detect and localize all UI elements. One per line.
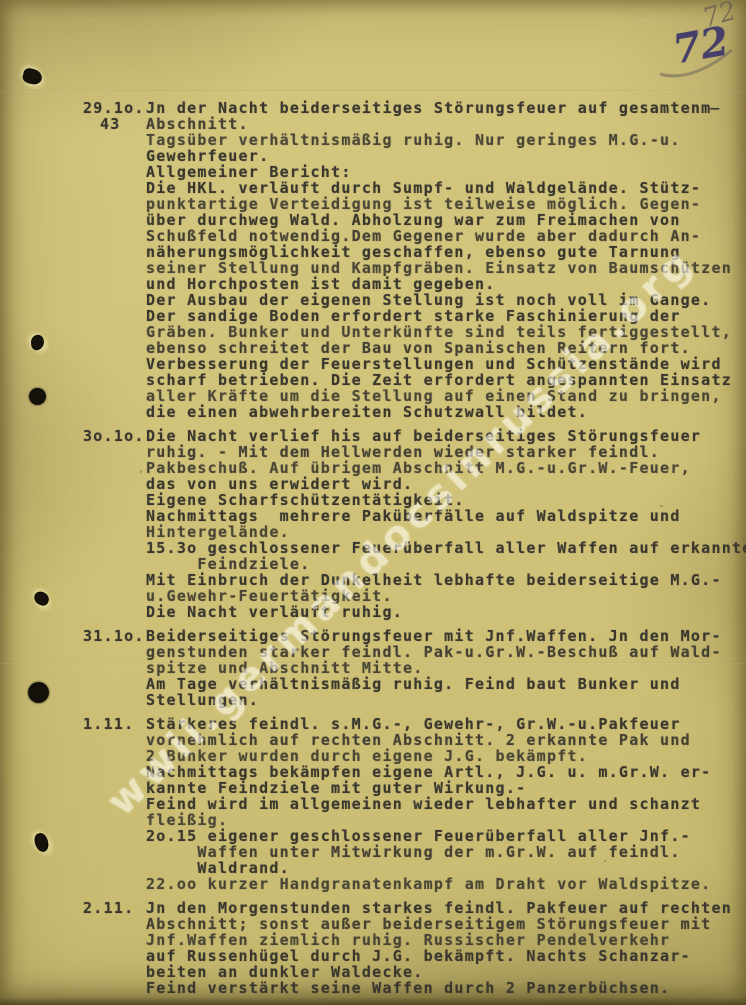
entry-date: 29.1o.: [83, 100, 146, 116]
entry-line: 22.oo kurzer Handgranatenkampf am Draht …: [146, 876, 740, 892]
document-page: 72 72 29.1o.43Jn der Nacht beiderseitige…: [0, 0, 746, 1005]
entry-year: 43: [83, 116, 146, 132]
entry-line: Schußfeld notwendig.Dem Gegener wurde ab…: [146, 228, 740, 244]
entry-line: 2 Bunker wurden durch eigene J.G. bekämp…: [146, 748, 740, 764]
entry-line: näherungsmöglichkeit geschaffen, ebenso …: [146, 244, 740, 260]
entry-line: Mit Einbruch der Dunkelheit lebhafte bei…: [146, 572, 740, 588]
entry-line: und Horchposten ist damit gegeben.: [146, 276, 740, 292]
entry-line: scharf betrieben. Die Zeit erfordert ang…: [146, 372, 740, 388]
paper-crease: [0, 90, 746, 92]
punch-hole-mark: [21, 67, 43, 86]
journal-entries: 29.1o.43Jn der Nacht beiderseitiges Stör…: [83, 100, 740, 1004]
entry-date-column: 3o.1o.: [83, 428, 146, 620]
entry-date: 31.1o.: [83, 628, 146, 644]
entry-line: auf Russenhügel durch J.G. bekämpft. Nac…: [146, 948, 740, 964]
entry-date-column: 29.1o.43: [83, 100, 146, 420]
entry-line: Abschnitt; sonst außer beiderseitigem St…: [146, 916, 740, 932]
entry-line: Waffen unter Mitwirkung der m.Gr.W. auf …: [146, 844, 740, 860]
punch-hole-mark: [32, 590, 51, 607]
entry-line: Der sandige Boden erfordert starke Fasch…: [146, 308, 740, 324]
entry-line: Feindziele.: [146, 556, 740, 572]
entry-line: Beiderseitiges Störungsfeuer mit Jnf.Waf…: [146, 628, 740, 644]
entry-line: Die Nacht verläuft ruhig.: [146, 604, 740, 620]
entry-lines: Beiderseitiges Störungsfeuer mit Jnf.Waf…: [146, 628, 740, 708]
ink-dot: [29, 388, 46, 405]
journal-entry: 3o.1o.Die Nacht verlief his auf beiderse…: [83, 428, 740, 620]
punch-hole-mark: [30, 334, 45, 351]
ink-dot: [28, 682, 49, 703]
entry-line: seiner Stellung und Kampfgräben. Einsatz…: [146, 260, 740, 276]
entry-date-column: 31.1o.: [83, 628, 146, 708]
page-bottom-shadow: [0, 997, 746, 1005]
entry-line: Nachmittags bekämpfen eigene Artl., J.G.…: [146, 764, 740, 780]
entry-line: Die HKL. verläuft durch Sumpf- und Waldg…: [146, 180, 740, 196]
entry-line: Die Nacht verlief his auf beiderseitiges…: [146, 428, 740, 444]
entry-lines: Jn der Nacht beiderseitiges Störungsfeue…: [146, 100, 740, 420]
entry-line: Verbesserung der Feuerstellungen und Sch…: [146, 356, 740, 372]
entry-line: aller Kräfte um die Stellung auf einen S…: [146, 388, 740, 404]
entry-lines: Stärkeres feindl. s.M.G.-, Gewehr-, Gr.W…: [146, 716, 740, 892]
entry-date: 1.11.: [83, 716, 146, 732]
entry-line: Gewehrfeuer.: [146, 148, 740, 164]
entry-line: fleißig.: [146, 812, 740, 828]
entry-line: Allgemeiner Bericht:: [146, 164, 740, 180]
entry-line: Stellungen.: [146, 692, 740, 708]
entry-line: 2o.15 eigener geschlossener Feuerüberfal…: [146, 828, 740, 844]
entry-line: Tagsüber verhältnismäßig ruhig. Nur geri…: [146, 132, 740, 148]
entry-line: u.Gewehr-Feuertätigkeit.: [146, 588, 740, 604]
entry-line: Feind wird im allgemeinen wieder lebhaft…: [146, 796, 740, 812]
entry-line: ruhig. - Mit dem Hellwerden wieder stark…: [146, 444, 740, 460]
entry-date: 3o.1o.: [83, 428, 146, 444]
entry-line: Am Tage verhältnismäßig ruhig. Feind bau…: [146, 676, 740, 692]
entry-line: genstunden starker feindl. Pak-u.Gr.W.-B…: [146, 644, 740, 660]
entry-date-column: 2.11.: [83, 900, 146, 996]
entry-line: kannte Feindziele mit guter Wirkung.-: [146, 780, 740, 796]
entry-line: Jn der Nacht beiderseitiges Störungsfeue…: [146, 100, 740, 116]
entry-line: das von uns erwidert wird.: [146, 476, 740, 492]
entry-line: Eigene Scharfschützentätigkeit.: [146, 492, 740, 508]
entry-line: spitze und Abschnitt Mitte.: [146, 660, 740, 676]
entry-line: die einen abwehrbereiten Schutzwall bild…: [146, 404, 740, 420]
entry-line: Jn den Morgenstunden starkes feindl. Pak…: [146, 900, 740, 916]
entry-line: Abschnitt.: [146, 116, 740, 132]
entry-line: 15.3o geschlossener Feuerüberfall aller …: [146, 540, 740, 556]
entry-lines: Die Nacht verlief his auf beiderseitiges…: [146, 428, 740, 620]
page-number-ink: 72: [670, 18, 733, 74]
entry-line: Waldrand.: [146, 860, 740, 876]
entry-line: beiten an dunkler Waldecke.: [146, 964, 740, 980]
entry-line: Der Ausbau der eigenen Stellung ist noch…: [146, 292, 740, 308]
entry-line: Gräben. Bunker und Unterkünfte sind teil…: [146, 324, 740, 340]
entry-line: Feind verstärkt seine Waffen durch 2 Pan…: [146, 980, 740, 996]
entry-line: über durchweg Wald. Abholzung war zum Fr…: [146, 212, 740, 228]
punch-hole-mark: [33, 832, 50, 853]
entry-lines: Jn den Morgenstunden starkes feindl. Pak…: [146, 900, 740, 996]
entry-line: Jnf.Waffen ziemlich ruhig. Russischer Pe…: [146, 932, 740, 948]
entry-line: Nachmittags mehrere Paküberfälle auf Wal…: [146, 508, 740, 524]
entry-line: Hintergelände.: [146, 524, 740, 540]
entry-line: punktartige Verteidigung ist teilweise m…: [146, 196, 740, 212]
entry-date: 2.11.: [83, 900, 146, 916]
entry-line: ebenso schreitet der Bau von Spanischen …: [146, 340, 740, 356]
entry-line: Stärkeres feindl. s.M.G.-, Gewehr-, Gr.W…: [146, 716, 740, 732]
journal-entry: 29.1o.43Jn der Nacht beiderseitiges Stör…: [83, 100, 740, 420]
journal-entry: 1.11.Stärkeres feindl. s.M.G.-, Gewehr-,…: [83, 716, 740, 892]
entry-line: Pakbeschuß. Auf übrigem Abschnitt M.G.-u…: [146, 460, 740, 476]
journal-entry: 31.1o.Beiderseitiges Störungsfeuer mit J…: [83, 628, 740, 708]
entry-date-column: 1.11.: [83, 716, 146, 892]
entry-line: vornehmlich auf rechten Abschnitt. 2 erk…: [146, 732, 740, 748]
journal-entry: 2.11.Jn den Morgenstunden starkes feindl…: [83, 900, 740, 996]
